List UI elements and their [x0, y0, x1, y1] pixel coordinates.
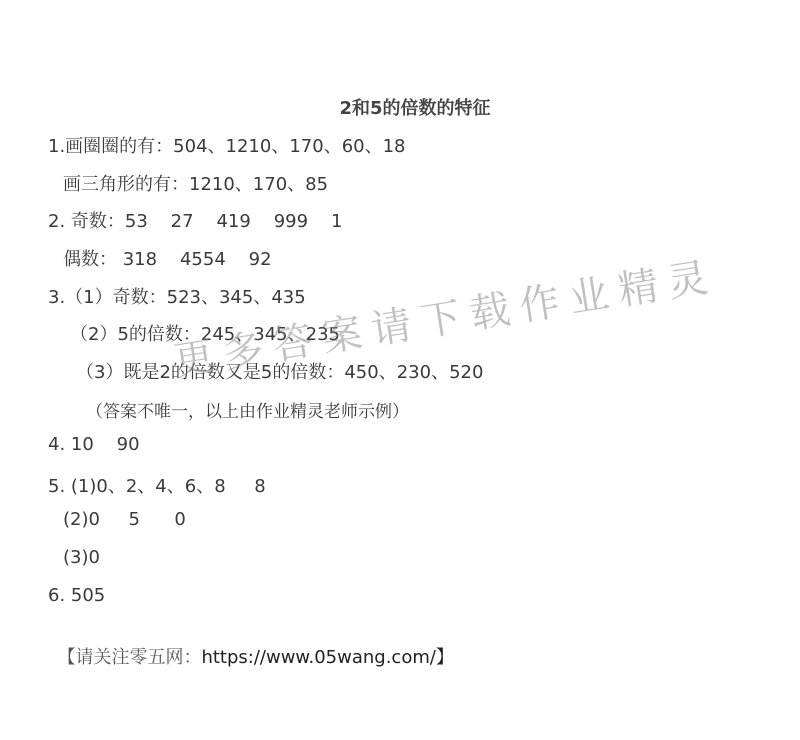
answer-note: （答案不唯一，以上由作业精灵老师示例） [86, 397, 409, 422]
footer-url-link[interactable]: https://www.05wang.com/ [201, 647, 435, 668]
answer-line-2-even: 偶数： 318 4554 92 [63, 245, 272, 271]
footer-prefix: 【请关注零五网： [57, 647, 201, 668]
page-title: 2和5的倍数的特征 [0, 94, 800, 120]
answer-line-3-1: 3.（1）奇数：523、345、435 [48, 283, 306, 309]
footer-suffix: 】 [436, 647, 454, 668]
answer-line-4: 4. 10 90 [48, 434, 140, 455]
answer-line-3-2: （2）5的倍数：245、345、235 [70, 320, 340, 346]
answer-line-3-3: （3）既是2的倍数又是5的倍数：450、230、520 [76, 358, 483, 384]
footer-notice: 【请关注零五网：https://www.05wang.com/】 [46, 622, 454, 669]
answer-line-6: 6. 505 [48, 585, 105, 606]
answer-line-1: 1.画圈圈的有：504、1210、170、60、18 [48, 132, 406, 158]
answer-line-2-odd: 2. 奇数：53 27 419 999 1 [48, 207, 342, 233]
answer-line-5-1: 5. (1)0、2、4、6、8 8 [48, 472, 266, 498]
answer-line-5-3: (3)0 [63, 547, 100, 568]
answer-line-1-triangle: 画三角形的有：1210、170、85 [63, 170, 328, 196]
answer-line-5-2: (2)0 5 0 [63, 509, 186, 530]
